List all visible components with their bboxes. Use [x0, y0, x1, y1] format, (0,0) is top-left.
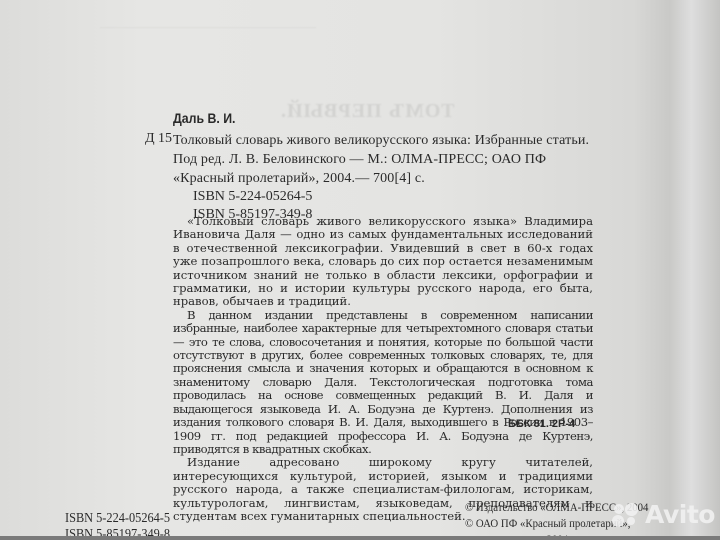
- bleed-through-text: ........................................…: [100, 24, 340, 31]
- book-imprint-page: ........................................…: [0, 0, 720, 540]
- catalog-code: Д 15: [145, 131, 172, 147]
- avito-logo-text: Avito: [645, 500, 715, 529]
- page-bottom-edge: [0, 536, 720, 540]
- avito-dots-icon: [612, 503, 642, 527]
- description-text: Толковый словарь живого великорусского я…: [173, 133, 589, 186]
- bibliographic-description: Толковый словарь живого великорусского я…: [173, 131, 593, 188]
- isbn-line: ISBN 5-224-05264-5: [193, 188, 312, 206]
- author-name: Даль В. И.: [173, 110, 235, 126]
- avito-watermark: Avito: [612, 500, 715, 529]
- annotation-paragraph: В данном издании представлены в современ…: [173, 309, 593, 456]
- bleed-through-title: ТОМЪ ПЕРВЫЙ.: [280, 100, 454, 123]
- annotation-paragraph: «Толковый словарь живого великорусского …: [173, 215, 593, 309]
- annotation: «Толковый словарь живого великорусского …: [173, 215, 593, 523]
- isbn-line: ISBN 5-224-05264-5: [65, 511, 170, 527]
- bbk-code: ББК 81. 2Р-4: [508, 418, 575, 430]
